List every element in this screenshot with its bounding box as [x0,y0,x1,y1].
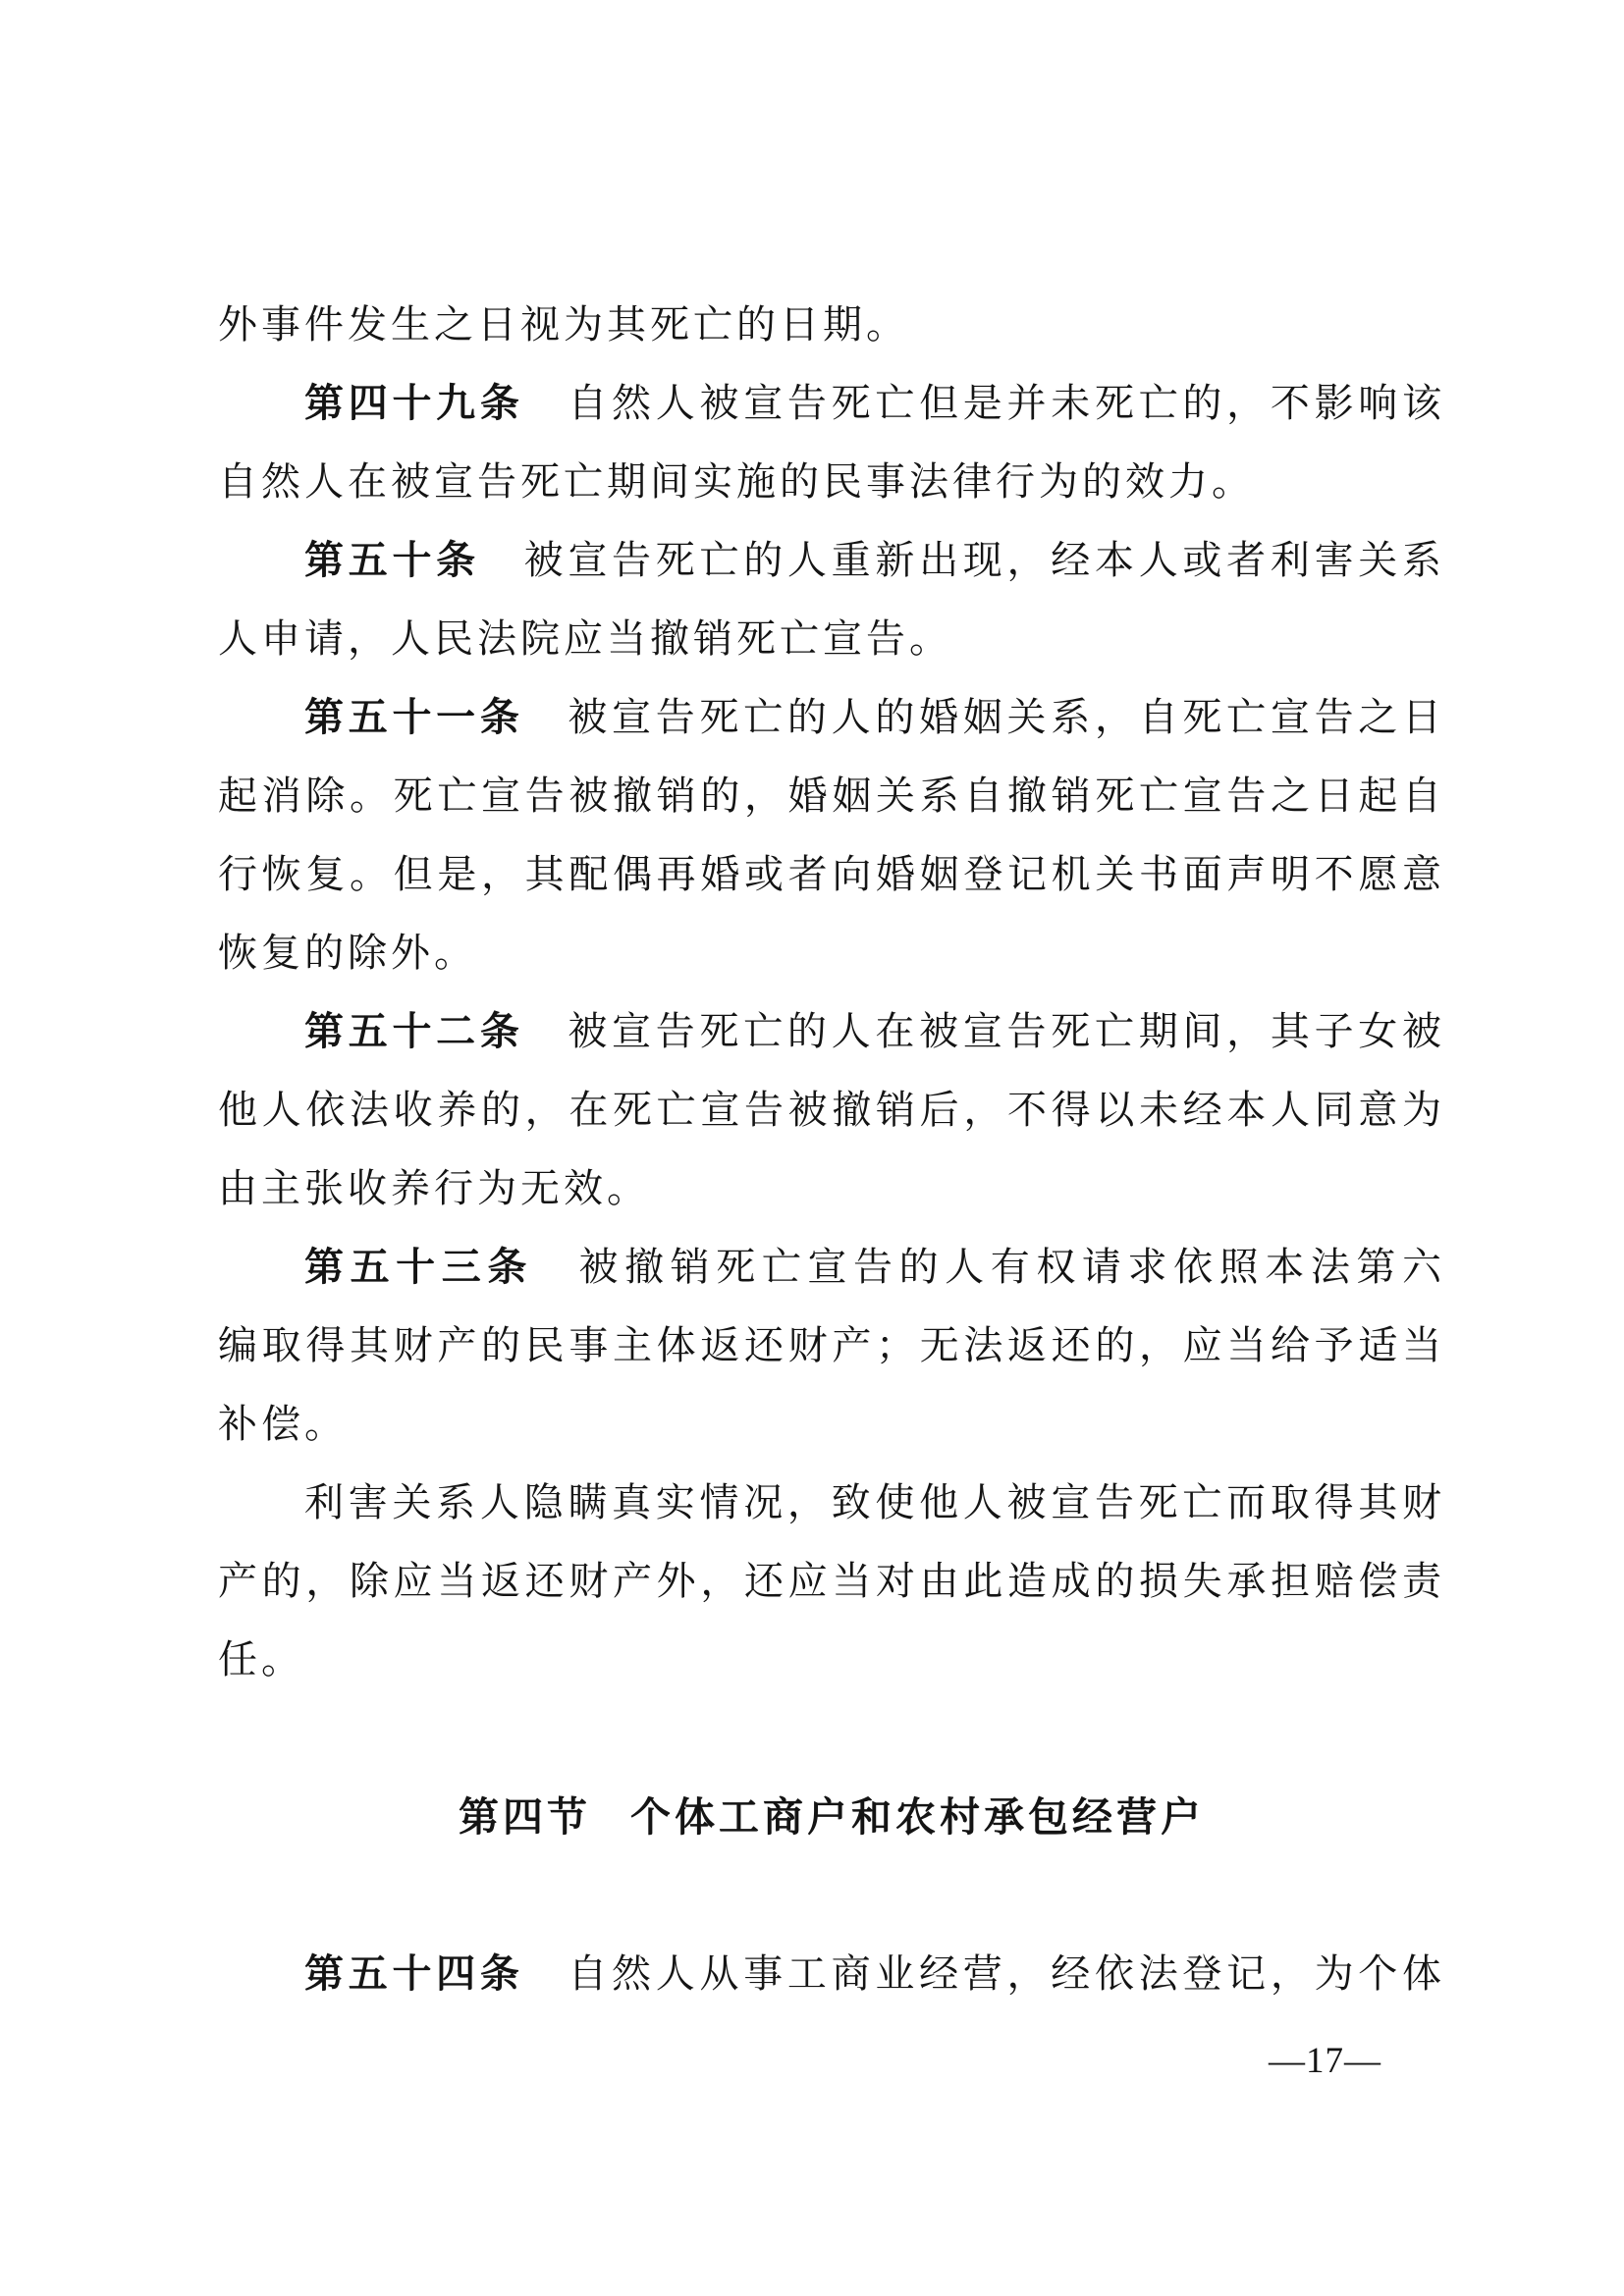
line-text: 被宣告死亡的人的婚姻关系，自死亡宣告之日 [568,695,1445,739]
line-text: 任。 [218,1637,304,1682]
text-line: 自然人在被宣告死亡期间实施的民事法律行为的效力。 [218,443,1445,521]
line-text: 自然人在被宣告死亡期间实施的民事法律行为的效力。 [218,459,1255,504]
article-line: 第四十九条自然人被宣告死亡但是并未死亡的，不影响该 [218,364,1445,443]
line-text: 由主张收养行为无效。 [218,1166,650,1210]
line-text: 行恢复。但是，其配偶再婚或者向婚姻登记机关书面声明不愿意 [218,852,1445,896]
article-line: 第五十三条被撤销死亡宣告的人有权请求依照本法第六 [218,1228,1445,1307]
text-line: 任。 [218,1621,1445,1699]
line-text: 被宣告死亡的人在被宣告死亡期间，其子女被 [568,1009,1445,1053]
document-page: 外事件发生之日视为其死亡的日期。 第四十九条自然人被宣告死亡但是并未死亡的，不影… [0,0,1624,2296]
section-title: 个体工商户和农村承包经营户 [630,1794,1205,1840]
paragraph-start-line: 利害关系人隐瞒真实情况，致使他人被宣告死亡而取得其财 [218,1464,1445,1542]
line-text: 被宣告死亡的人重新出现，经本人或者利害关系 [523,538,1445,582]
text-block: 外事件发生之日视为其死亡的日期。 第四十九条自然人被宣告死亡但是并未死亡的，不影… [218,286,1445,2013]
text-line: 编取得其财产的民事主体返还财产；无法返还的，应当给予适当 [218,1307,1445,1385]
article-number: 第五十条 [304,539,480,582]
blank-line [218,1699,1445,1778]
article-line: 第五十一条被宣告死亡的人的婚姻关系，自死亡宣告之日 [218,678,1445,757]
article-line: 第五十四条自然人从事工商业经营，经依法登记，为个体 [218,1935,1445,2013]
line-text: 自然人被宣告死亡但是并未死亡的，不影响该 [568,381,1445,425]
text-line: 由主张收养行为无效。 [218,1149,1445,1228]
text-line: 产的，除应当返还财产外，还应当对由此造成的损失承担赔偿责 [218,1542,1445,1621]
text-line: 恢复的除外。 [218,914,1445,992]
text-line: 他人依法收养的，在死亡宣告被撤销后，不得以未经本人同意为 [218,1071,1445,1149]
line-text: 被撤销死亡宣告的人有权请求依照本法第六 [576,1245,1445,1289]
text-line: 行恢复。但是，其配偶再婚或者向婚姻登记机关书面声明不愿意 [218,835,1445,914]
article-number: 第五十四条 [304,1952,524,1996]
line-text: 自然人从事工商业经营，经依法登记，为个体 [568,1951,1445,1996]
section-number: 第四节 [459,1794,591,1840]
article-number: 第五十二条 [304,1010,524,1053]
line-text: 编取得其财产的民事主体返还财产；无法返还的，应当给予适当 [218,1323,1445,1367]
text-line: 外事件发生之日视为其死亡的日期。 [218,286,1445,364]
line-text: 起消除。死亡宣告被撤销的，婚姻关系自撤销死亡宣告之日起自 [218,774,1445,818]
line-text: 人申请，人民法院应当撤销死亡宣告。 [218,616,952,661]
section-heading: 第四节个体工商户和农村承包经营户 [218,1778,1445,1856]
line-text: 他人依法收养的，在死亡宣告被撤销后，不得以未经本人同意为 [218,1088,1445,1132]
line-text: 恢复的除外。 [218,931,477,975]
article-line: 第五十二条被宣告死亡的人在被宣告死亡期间，其子女被 [218,992,1445,1071]
article-number: 第五十三条 [304,1246,533,1289]
text-line: 起消除。死亡宣告被撤销的，婚姻关系自撤销死亡宣告之日起自 [218,757,1445,835]
page-number: —17— [1269,2038,1381,2085]
blank-line [218,1856,1445,1935]
text-line: 补偿。 [218,1385,1445,1464]
text-line: 人申请，人民法院应当撤销死亡宣告。 [218,600,1445,678]
line-text: 外事件发生之日视为其死亡的日期。 [218,302,909,347]
article-number: 第四十九条 [304,382,524,425]
line-text: 补偿。 [218,1402,348,1446]
line-text: 利害关系人隐瞒真实情况，致使他人被宣告死亡而取得其财 [304,1480,1445,1524]
article-line: 第五十条被宣告死亡的人重新出现，经本人或者利害关系 [218,521,1445,600]
article-number: 第五十一条 [304,696,524,739]
line-text: 产的，除应当返还财产外，还应当对由此造成的损失承担赔偿责 [218,1559,1445,1603]
